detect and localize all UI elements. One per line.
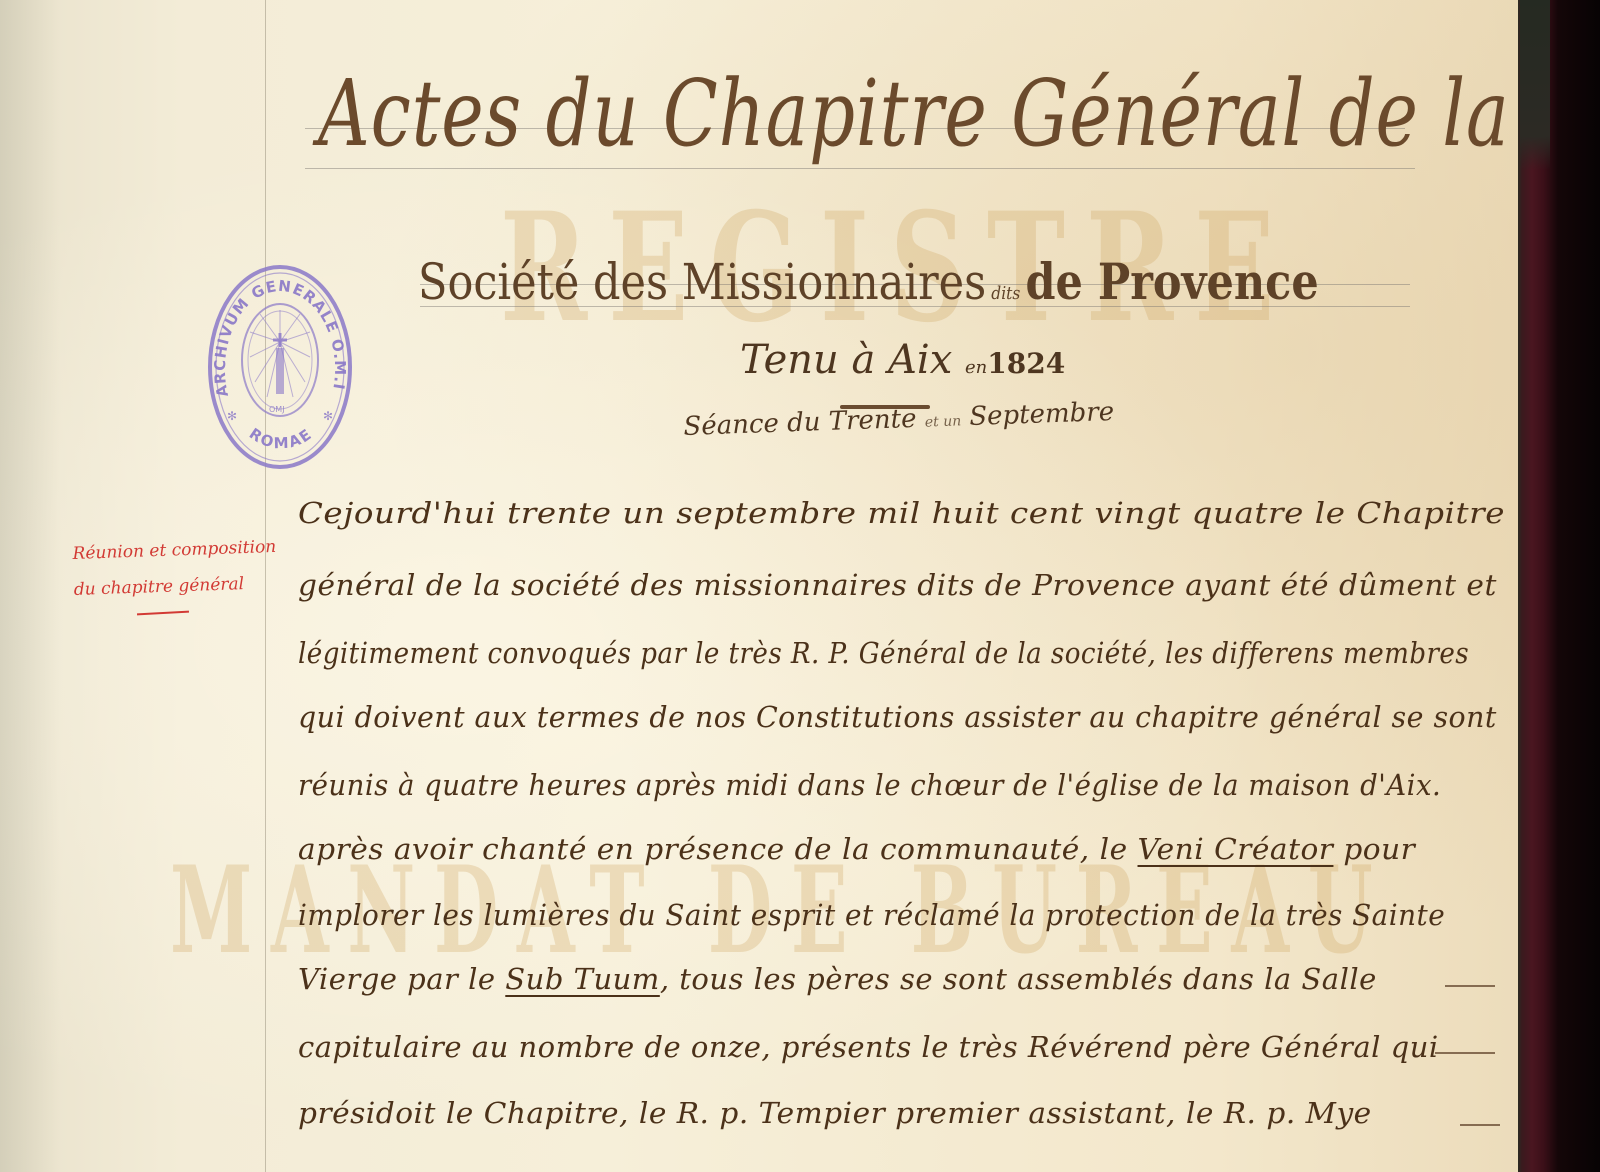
document-subtitle: Société des Missionnairesditsde Provence — [418, 252, 1319, 311]
book-binding-top — [1520, 0, 1550, 170]
guide-line — [305, 168, 1415, 169]
prayer-title-underlined: Sub Tuum — [505, 962, 660, 996]
hymn-title-underlined: Veni Créator — [1138, 832, 1334, 866]
body-line: capitulaire au nombre de onze, présents … — [298, 1030, 1439, 1064]
svg-text:✻: ✻ — [227, 409, 237, 423]
body-line: réunis à quatre heures après midi dans l… — [298, 768, 1441, 802]
session-small-word: et un — [925, 413, 962, 430]
session-part-1: Séance du Trente — [683, 404, 917, 442]
session-part-2: Septembre — [969, 397, 1115, 432]
place-small-word: en — [965, 357, 987, 378]
body-line: légitimement convoqués par le très R. P.… — [298, 636, 1469, 670]
svg-text:OMJ: OMJ — [269, 405, 285, 414]
margin-note-line-2: du chapitre général — [73, 565, 278, 608]
subtitle-part-2: de Provence — [1025, 252, 1318, 311]
body-text: Vierge par le — [298, 962, 505, 996]
margin-note-underline — [137, 611, 189, 616]
margin-note-line-1: Réunion et composition — [72, 529, 277, 572]
body-line: après avoir chanté en présence de la com… — [298, 832, 1415, 866]
svg-text:ROMAE: ROMAE — [246, 424, 316, 452]
place-text: Tenu à Aix — [740, 337, 952, 383]
body-text: après avoir chanté en présence de la com… — [298, 832, 1138, 866]
body-line: Cejourd'hui trente un septembre mil huit… — [298, 496, 1505, 530]
line-filler-stroke — [1445, 985, 1495, 987]
archive-stamp: OMJ ARCHIVUM GENERALE O.M.I. ROMAE ✻ ✻ — [205, 262, 355, 472]
year-text: 1824 — [987, 347, 1065, 380]
body-text: pour — [1333, 832, 1415, 866]
session-heading: Séance du Trente et un Septembre — [683, 397, 1115, 442]
manuscript-page: REGISTRE MANDAT DE BUREAU Actes du Chapi… — [0, 0, 1520, 1172]
page-shadow — [0, 0, 60, 1172]
body-line: qui doivent aux termes de nos Constituti… — [298, 700, 1497, 734]
body-line: général de la société des missionnaires … — [298, 568, 1497, 602]
svg-text:✻: ✻ — [323, 409, 333, 423]
document-place-year: Tenu à Aix en1824 — [740, 337, 1065, 383]
archive-stamp-seal-icon: OMJ ARCHIVUM GENERALE O.M.I. ROMAE ✻ ✻ — [205, 262, 355, 472]
line-filler-stroke — [1435, 1052, 1495, 1054]
margin-note: Réunion et composition du chapitre génér… — [72, 529, 278, 608]
body-line: implorer les lumières du Saint esprit et… — [298, 898, 1445, 932]
body-text: , tous les pères se sont assemblés dans … — [660, 962, 1377, 996]
book-binding — [1518, 0, 1600, 1172]
line-filler-stroke — [1460, 1124, 1500, 1126]
body-line: Vierge par le Sub Tuum, tous les pères s… — [298, 962, 1377, 996]
subtitle-small-word: dits — [991, 283, 1020, 304]
subtitle-part-1: Société des Missionnaires — [418, 253, 986, 311]
document-title: Actes du Chapitre Général de la — [318, 60, 1510, 167]
body-line: présidoit le Chapitre, le R. p. Tempier … — [298, 1096, 1372, 1130]
